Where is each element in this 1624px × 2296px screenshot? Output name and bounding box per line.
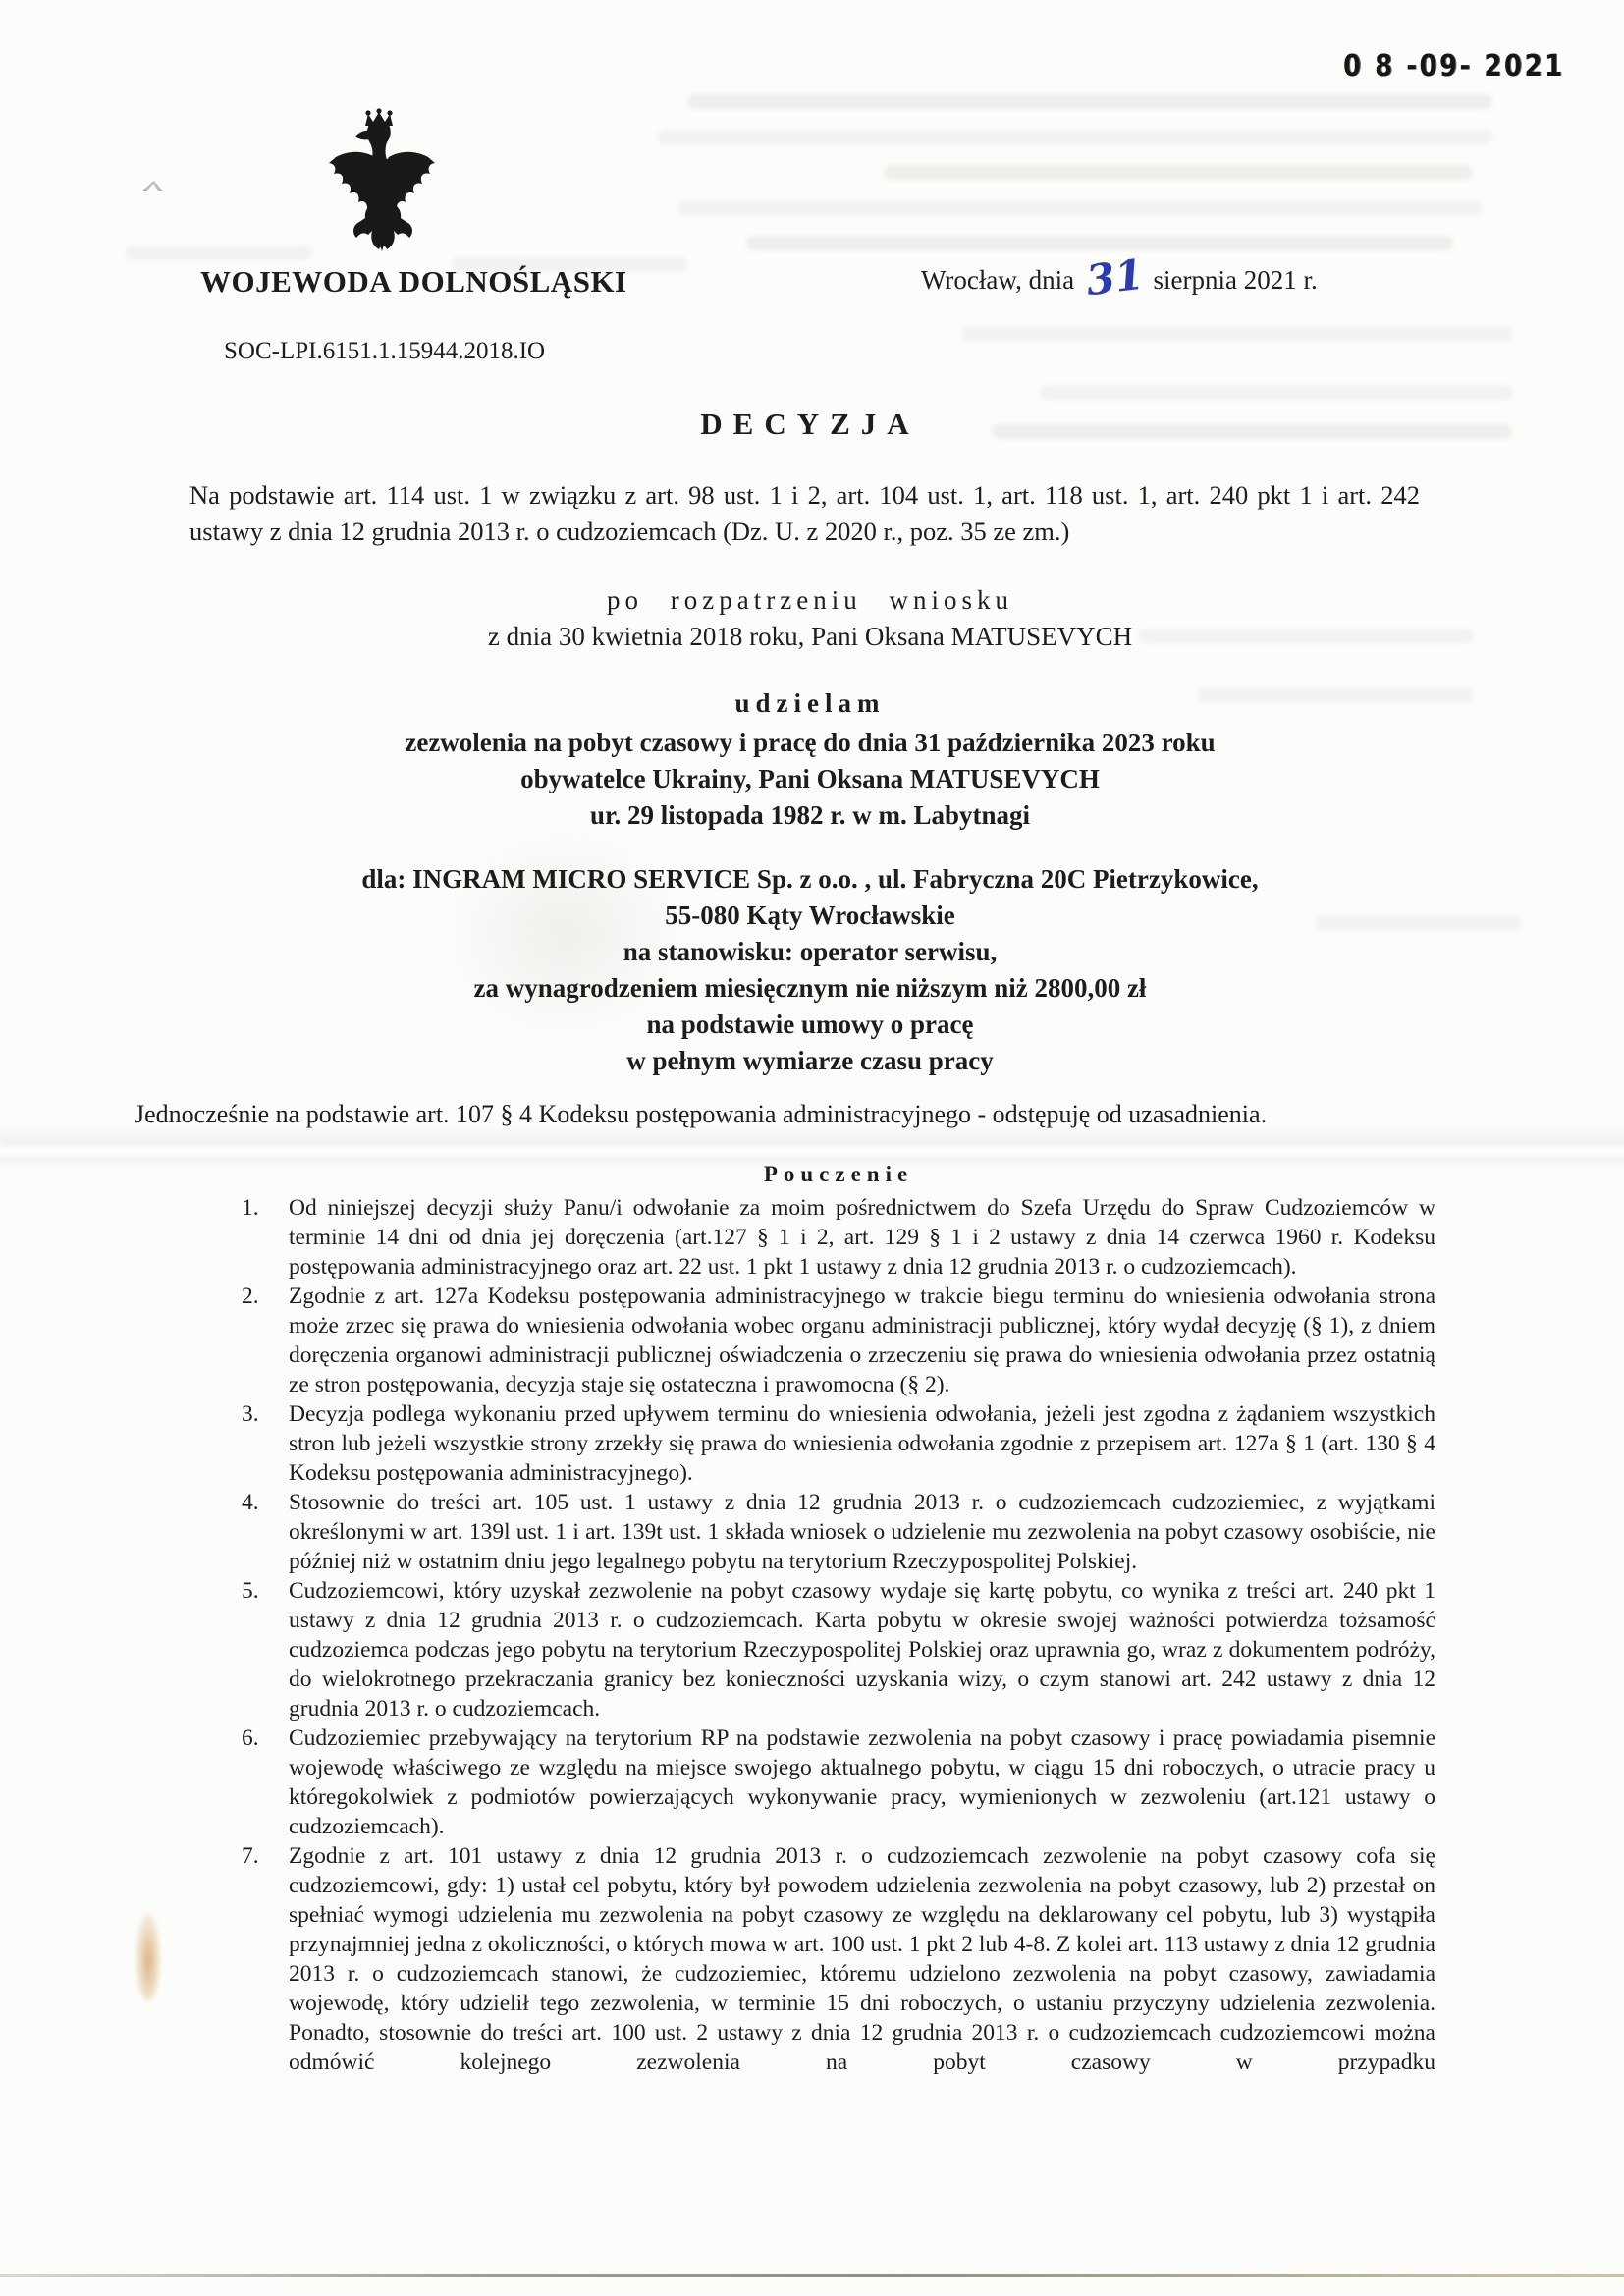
instruction-item-number: 7. bbox=[242, 1841, 259, 1871]
legal-basis-paragraph: Na podstawie art. 114 ust. 1 w związku z… bbox=[189, 477, 1420, 550]
place-and-date-line: Wrocław, dnia31sierpnia 2021 r. bbox=[921, 265, 1318, 296]
place-date-suffix: sierpnia 2021 r. bbox=[1154, 265, 1318, 295]
instruction-item: 4. Stosownie do treści art. 105 ust. 1 u… bbox=[242, 1488, 1435, 1576]
decision-title: DECYZJA bbox=[177, 407, 1443, 442]
instruction-heading: Pouczenie bbox=[242, 1162, 1435, 1187]
consideration-line-1: po rozpatrzeniu wniosku bbox=[177, 585, 1443, 616]
scan-bottom-edge bbox=[0, 2274, 1624, 2277]
instruction-item-text: Zgodnie z art. 127a Kodeksu postępowania… bbox=[289, 1282, 1435, 1399]
employer-line: w pełnym wymiarze czasu pracy bbox=[177, 1043, 1443, 1079]
employer-line: 55-080 Kąty Wrocławskie bbox=[177, 898, 1443, 934]
instruction-item-text: Cudzoziemiec przebywający na terytorium … bbox=[289, 1723, 1435, 1841]
instruction-item: 1. Od niniejszej decyzji służy Panu/i od… bbox=[242, 1193, 1435, 1282]
issuing-authority: WOJEWODA DOLNOŚLĄSKI bbox=[200, 264, 627, 300]
case-number: SOC-LPI.6151.1.15944.2018.IO bbox=[224, 338, 545, 365]
instruction-item-text: Od niniejszej decyzji służy Panu/i odwoł… bbox=[289, 1193, 1435, 1282]
instruction-item-text: Stosownie do treści art. 105 ust. 1 usta… bbox=[289, 1488, 1435, 1576]
grant-line: obywatelce Ukrainy, Pani Oksana MATUSEVY… bbox=[177, 761, 1443, 797]
employer-line: na stanowisku: operator serwisu, bbox=[177, 934, 1443, 970]
instruction-item-number: 3. bbox=[242, 1399, 259, 1429]
instruction-item-text: Cudzoziemcowi, który uzyskał zezwolenie … bbox=[289, 1576, 1435, 1723]
instruction-item-number: 4. bbox=[242, 1488, 259, 1517]
grant-lines: zezwolenia na pobyt czasowy i pracę do d… bbox=[177, 725, 1443, 834]
instruction-item: 7. Zgodnie z art. 101 ustawy z dnia 12 g… bbox=[242, 1841, 1435, 2077]
ink-smudge-artifact bbox=[135, 1911, 161, 2001]
grant-line: ur. 29 listopada 1982 r. w m. Labytnagi bbox=[177, 797, 1443, 834]
consideration-line-2: z dnia 30 kwietnia 2018 roku, Pani Oksan… bbox=[177, 622, 1443, 652]
justification-waiver: Jednocześnie na podstawie art. 107 § 4 K… bbox=[135, 1100, 1529, 1129]
instruction-item-text: Decyzja podlega wykonaniu przed upływem … bbox=[289, 1399, 1435, 1488]
grant-line: zezwolenia na pobyt czasowy i pracę do d… bbox=[177, 725, 1443, 761]
instruction-item: 6. Cudzoziemiec przebywający na terytori… bbox=[242, 1723, 1435, 1841]
received-date-stamp: 0 8 -09- 2021 bbox=[1343, 49, 1565, 83]
instruction-list: 1. Od niniejszej decyzji służy Panu/i od… bbox=[242, 1193, 1435, 2077]
polish-eagle-emblem-icon bbox=[322, 108, 448, 257]
grant-keyword: udzielam bbox=[177, 688, 1443, 719]
employer-line: na podstawie umowy o pracę bbox=[177, 1007, 1443, 1043]
employer-lines: dla: INGRAM MICRO SERVICE Sp. z o.o. , u… bbox=[177, 861, 1443, 1079]
employer-line: za wynagrodzeniem miesięcznym nie niższy… bbox=[177, 970, 1443, 1007]
scanned-decision-document: 0 8 -09- 2021 WOJEWODA DOLNOŚLĄSKI Wrocł… bbox=[0, 0, 1624, 2296]
instruction-item-number: 1. bbox=[242, 1193, 259, 1223]
place-date-prefix: Wrocław, dnia bbox=[921, 265, 1074, 295]
instruction-item-text: Zgodnie z art. 101 ustawy z dnia 12 grud… bbox=[289, 1841, 1435, 2077]
employer-line: dla: INGRAM MICRO SERVICE Sp. z o.o. , u… bbox=[177, 861, 1443, 898]
instruction-item: 5. Cudzoziemcowi, który uzyskał zezwolen… bbox=[242, 1576, 1435, 1723]
instruction-item: 2. Zgodnie z art. 127a Kodeksu postępowa… bbox=[242, 1282, 1435, 1399]
handwritten-day: 31 bbox=[1087, 274, 1144, 281]
instruction-item-number: 2. bbox=[242, 1282, 259, 1311]
instruction-item-number: 6. bbox=[242, 1723, 259, 1753]
instruction-item: 3. Decyzja podlega wykonaniu przed upływ… bbox=[242, 1399, 1435, 1488]
pencil-mark bbox=[142, 181, 163, 191]
instruction-item-number: 5. bbox=[242, 1576, 259, 1606]
